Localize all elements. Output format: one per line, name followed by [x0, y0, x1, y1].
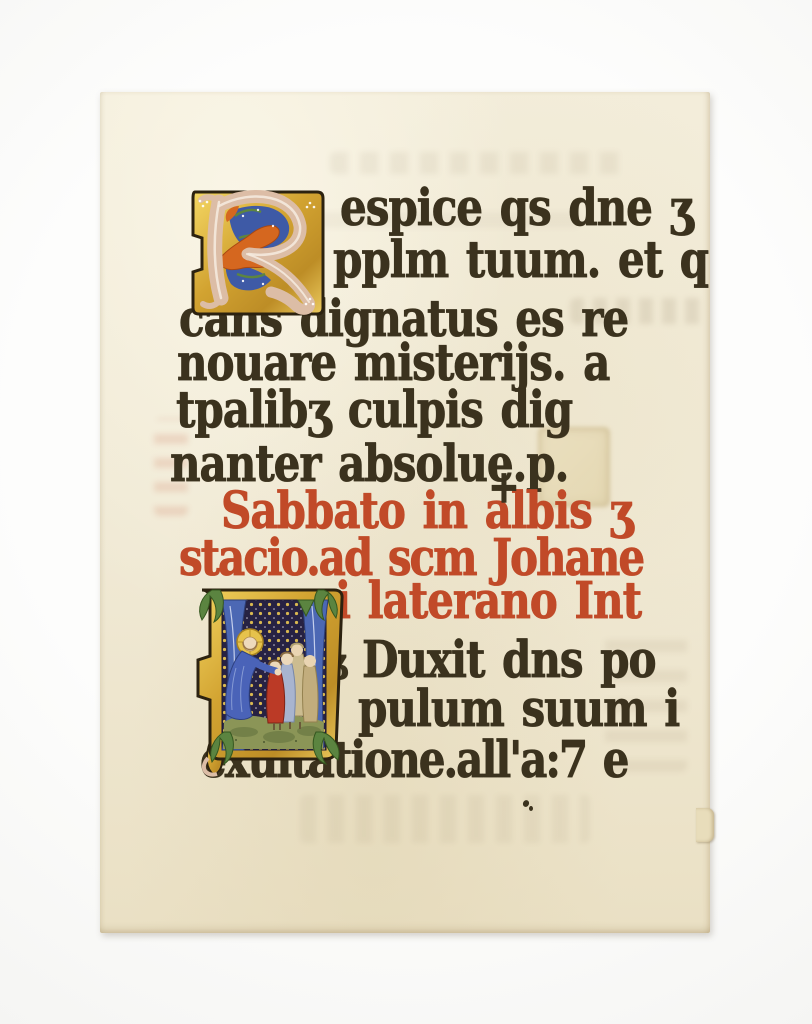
catalog-photo: espice qs dne ʒ pplm tuum. et q cans dig…: [0, 0, 812, 1024]
parchment-edge-flaw: [696, 808, 714, 842]
initial-r-artwork: [183, 186, 329, 320]
rubric-line-3: i laterano Int: [335, 576, 641, 626]
ink-spot: [529, 806, 533, 811]
text-line-1: espice qs dne ʒ: [340, 183, 692, 233]
manuscript-leaf: espice qs dne ʒ pplm tuum. et q cans dig…: [100, 92, 710, 933]
verso-show-through: [300, 795, 590, 843]
illuminated-initial-R-icon: [183, 186, 329, 320]
text-line-2: pplm tuum. et q: [333, 235, 708, 285]
text-line-5: tpalibʒ culpis dig: [176, 385, 572, 435]
initial-e-artwork: [184, 582, 356, 778]
verso-show-through: [330, 152, 630, 174]
ink-cross-mark: +: [488, 464, 519, 510]
text-line-11: pulum suum i: [358, 684, 679, 734]
text-line-10: Duxit dns po: [362, 635, 656, 685]
historiated-initial-E-icon: [184, 582, 356, 778]
